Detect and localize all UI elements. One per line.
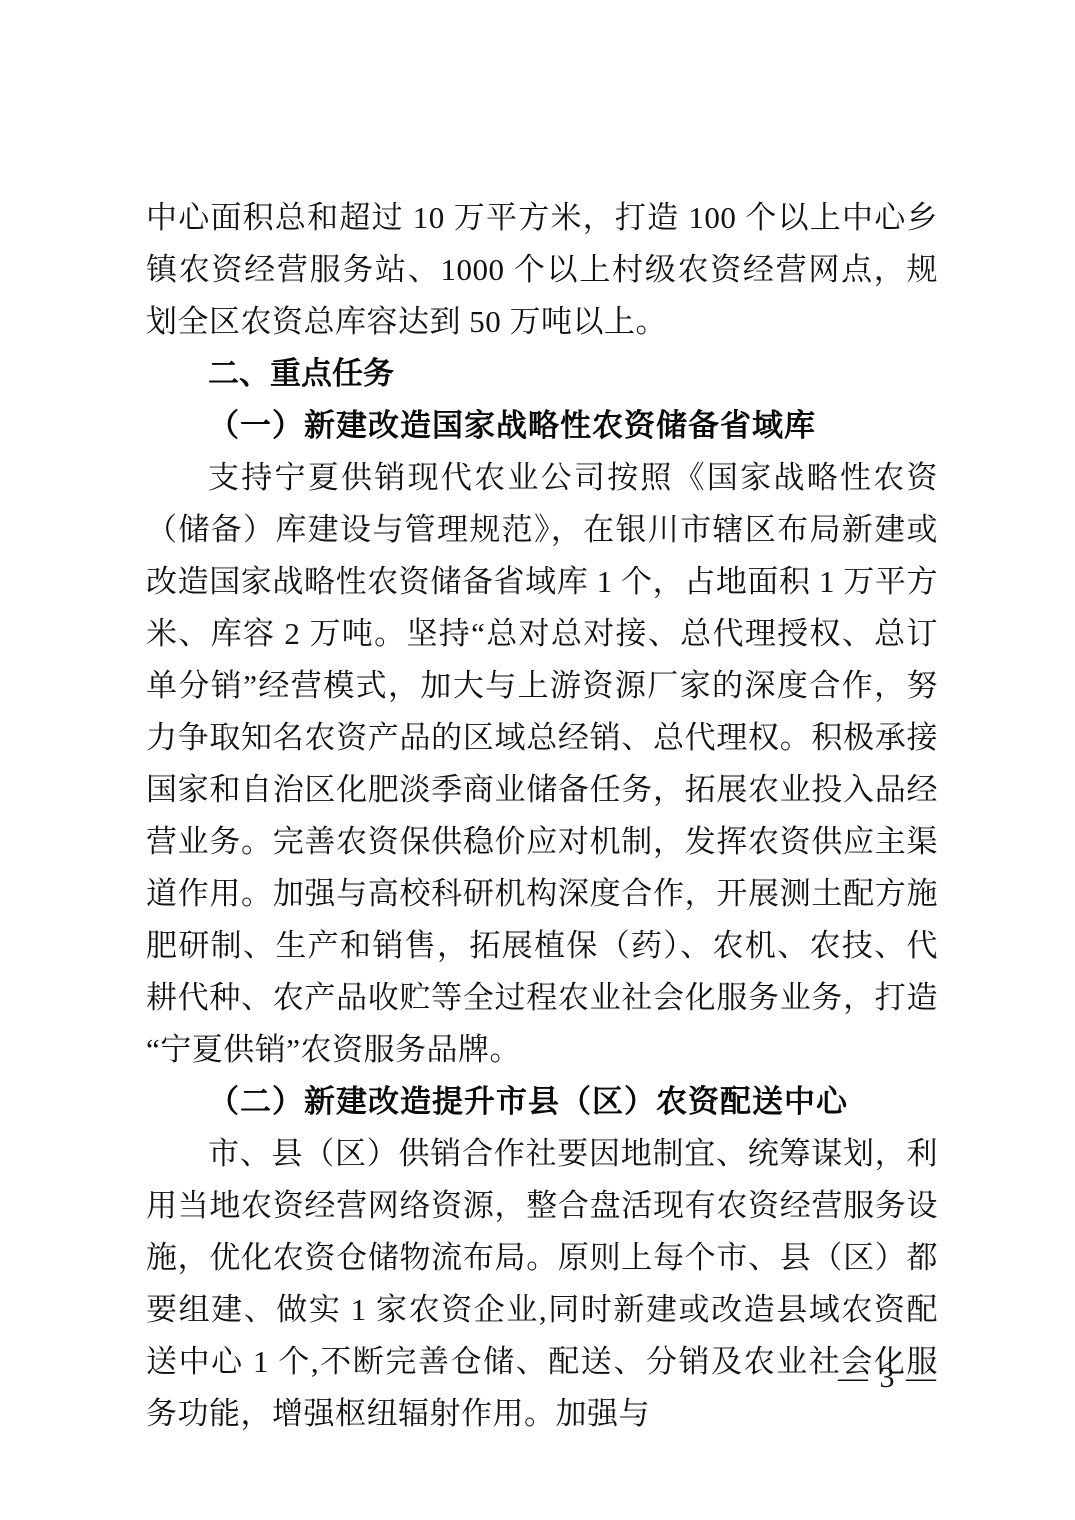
paragraph-continuation: 中心面积总和超过 10 万平方米，打造 100 个以上中心乡镇农资经营服务站、1… [146,192,938,348]
document-body: 中心面积总和超过 10 万平方米，打造 100 个以上中心乡镇农资经营服务站、1… [146,192,938,1440]
document-page: 中心面积总和超过 10 万平方米，打造 100 个以上中心乡镇农资经营服务站、1… [0,0,1075,1520]
paragraph-body-1: 支持宁夏供销现代农业公司按照《国家战略性农资（储备）库建设与管理规范》，在银川市… [146,452,938,1076]
paragraph-body-2: 市、县（区）供销合作社要因地制宜、统筹谋划，利用当地农资经营网络资源，整合盘活现… [146,1128,938,1440]
subsection-heading-1: （一）新建改造国家战略性农资储备省域库 [146,400,938,452]
subsection-heading-2: （二）新建改造提升市县（区）农资配送中心 [146,1076,938,1128]
page-number: — 3 — [838,1358,938,1398]
section-heading-key-tasks: 二、重点任务 [146,348,938,400]
